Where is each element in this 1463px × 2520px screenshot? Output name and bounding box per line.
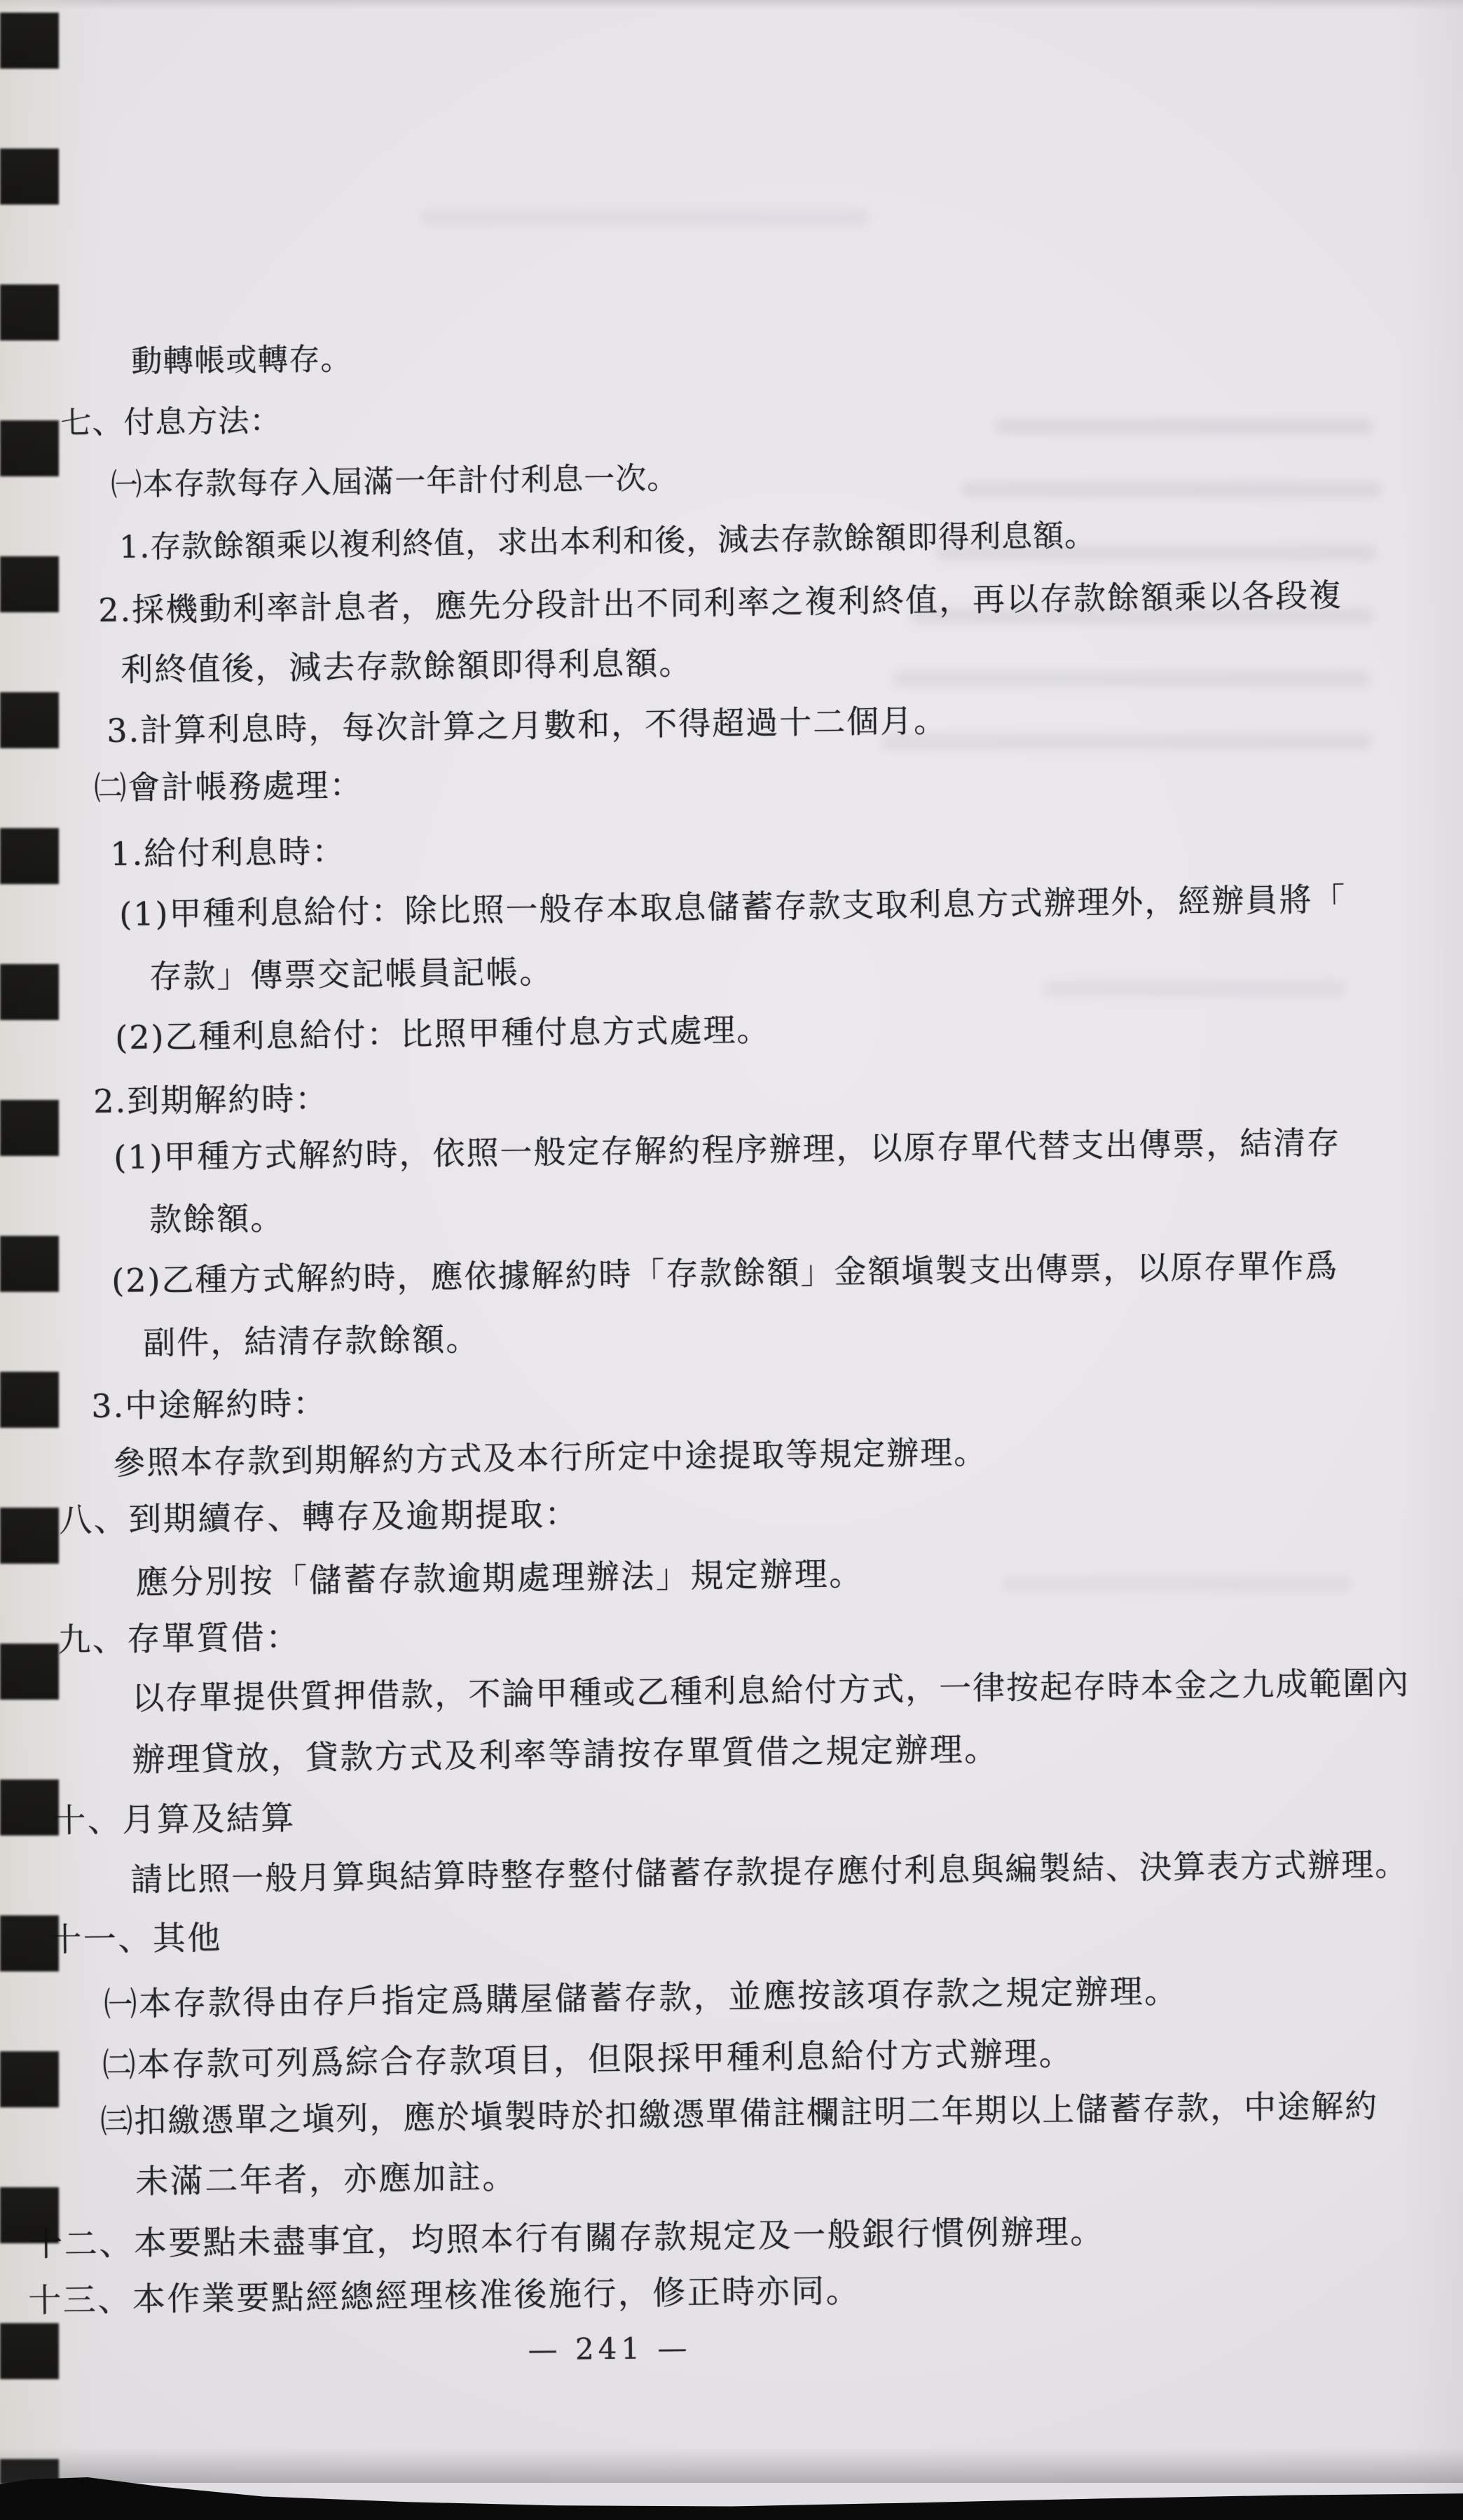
text-line: 未滿二年者，亦應加註。	[135, 2159, 517, 2201]
text-line: 以存單提供質押借款，不論甲種或乙種利息給付方式，一律按起存時本金之九成範圍內	[132, 1665, 1410, 1717]
text-line: (2)乙種利息給付：比照甲種付息方式處理。	[115, 1012, 771, 1056]
text-line: ㈠本存款每存入屆滿一年計付利息一次。	[111, 461, 679, 502]
section-heading: 八、到期續存、轉存及逾期提取：	[59, 1496, 579, 1540]
text-line: ㈡本存款可列爲綜合存款項目，但限採甲種利息給付方式辦理。	[102, 2036, 1074, 2085]
text-line: 3.計算利息時，每次計算之月數和，不得超過十二個月。	[107, 703, 947, 749]
text-line: 2.到期解約時：	[93, 1081, 329, 1120]
text-line: (2)乙種方式解約時，應依據解約時「存款餘額」金額塡製支出傳票，以原存單作爲	[111, 1248, 1339, 1300]
section-heading: 十二、本要點未盡事宜，均照本行有關存款規定及一般銀行慣例辦理。	[29, 2214, 1105, 2264]
bleedthrough-smudge	[420, 210, 869, 226]
paper-bottom-shadow	[0, 2448, 1463, 2483]
section-heading: 十一、其他	[48, 1920, 222, 1960]
bleedthrough-smudge	[881, 734, 1372, 750]
text-line: 參照本存款到期解約方式及本行所定中途提取等規定辦理。	[113, 1435, 988, 1482]
text-line: ㈡會計帳務處理：	[94, 767, 364, 806]
text-line: 存款」傳票交記帳員記帳。	[149, 954, 554, 996]
binding-marks-left-edge	[0, 13, 59, 2484]
section-heading: 十、月算及結算	[53, 1801, 296, 1840]
text-line: 利終值後，減去存款餘額即得利息額。	[121, 645, 693, 688]
text-line: 1.給付利息時：	[110, 834, 345, 873]
section-heading: 九、存單質借：	[57, 1620, 301, 1660]
page-number: — 241 —	[462, 2330, 757, 2367]
bleedthrough-smudge	[1002, 1576, 1352, 1592]
text-line: 副件，結清存款餘額。	[143, 1321, 480, 1361]
section-heading: 十三、本作業要點經總經理核准後施行，修正時亦同。	[28, 2273, 861, 2320]
bleedthrough-smudge	[995, 419, 1373, 434]
text-line: ㈢扣繳憑單之塡列，應於塡製時於扣繳憑單備註欄註明二年期以上儲蓄存款，中途解約	[100, 2088, 1378, 2140]
text-line: 動轉帳或轉存。	[131, 342, 352, 379]
bleedthrough-smudge	[1044, 981, 1345, 996]
bleedthrough-smudge	[893, 671, 1370, 687]
text-line: 3.中途解約時：	[91, 1386, 327, 1425]
text-line: 款餘額。	[149, 1201, 284, 1239]
scanned-page: 動轉帳或轉存。 七、付息方法： ㈠本存款每存入屆滿一年計付利息一次。 1.存款餘…	[0, 0, 1463, 2520]
section-heading: 七、付息方法：	[60, 404, 282, 441]
text-line: 辦理貸放，貸款方式及利率等請按存單質借之規定辦理。	[132, 1732, 999, 1779]
text-line: 應分別按「儲蓄存款逾期處理辦法」規定辦理。	[135, 1556, 864, 1602]
scan-bottom-edge	[0, 2477, 1463, 2520]
text-line: 請比照一般月算與結算時整存整付儲蓄存款提存應付利息與編製結、決算表方式辦理。	[130, 1847, 1408, 1899]
text-line: (1)甲種利息給付：除比照一般存本取息儲蓄存款支取利息方式辦理外，經辦員將「	[119, 882, 1347, 933]
bleedthrough-smudge	[961, 482, 1382, 497]
text-line: (1)甲種方式解約時，依照一般定存解約程序辦理，以原存單代替支出傳票，結清存	[114, 1125, 1341, 1176]
text-line: ㈠本存款得由存戶指定爲購屋儲蓄存款，並應按該項存款之規定辦理。	[104, 1974, 1179, 2023]
